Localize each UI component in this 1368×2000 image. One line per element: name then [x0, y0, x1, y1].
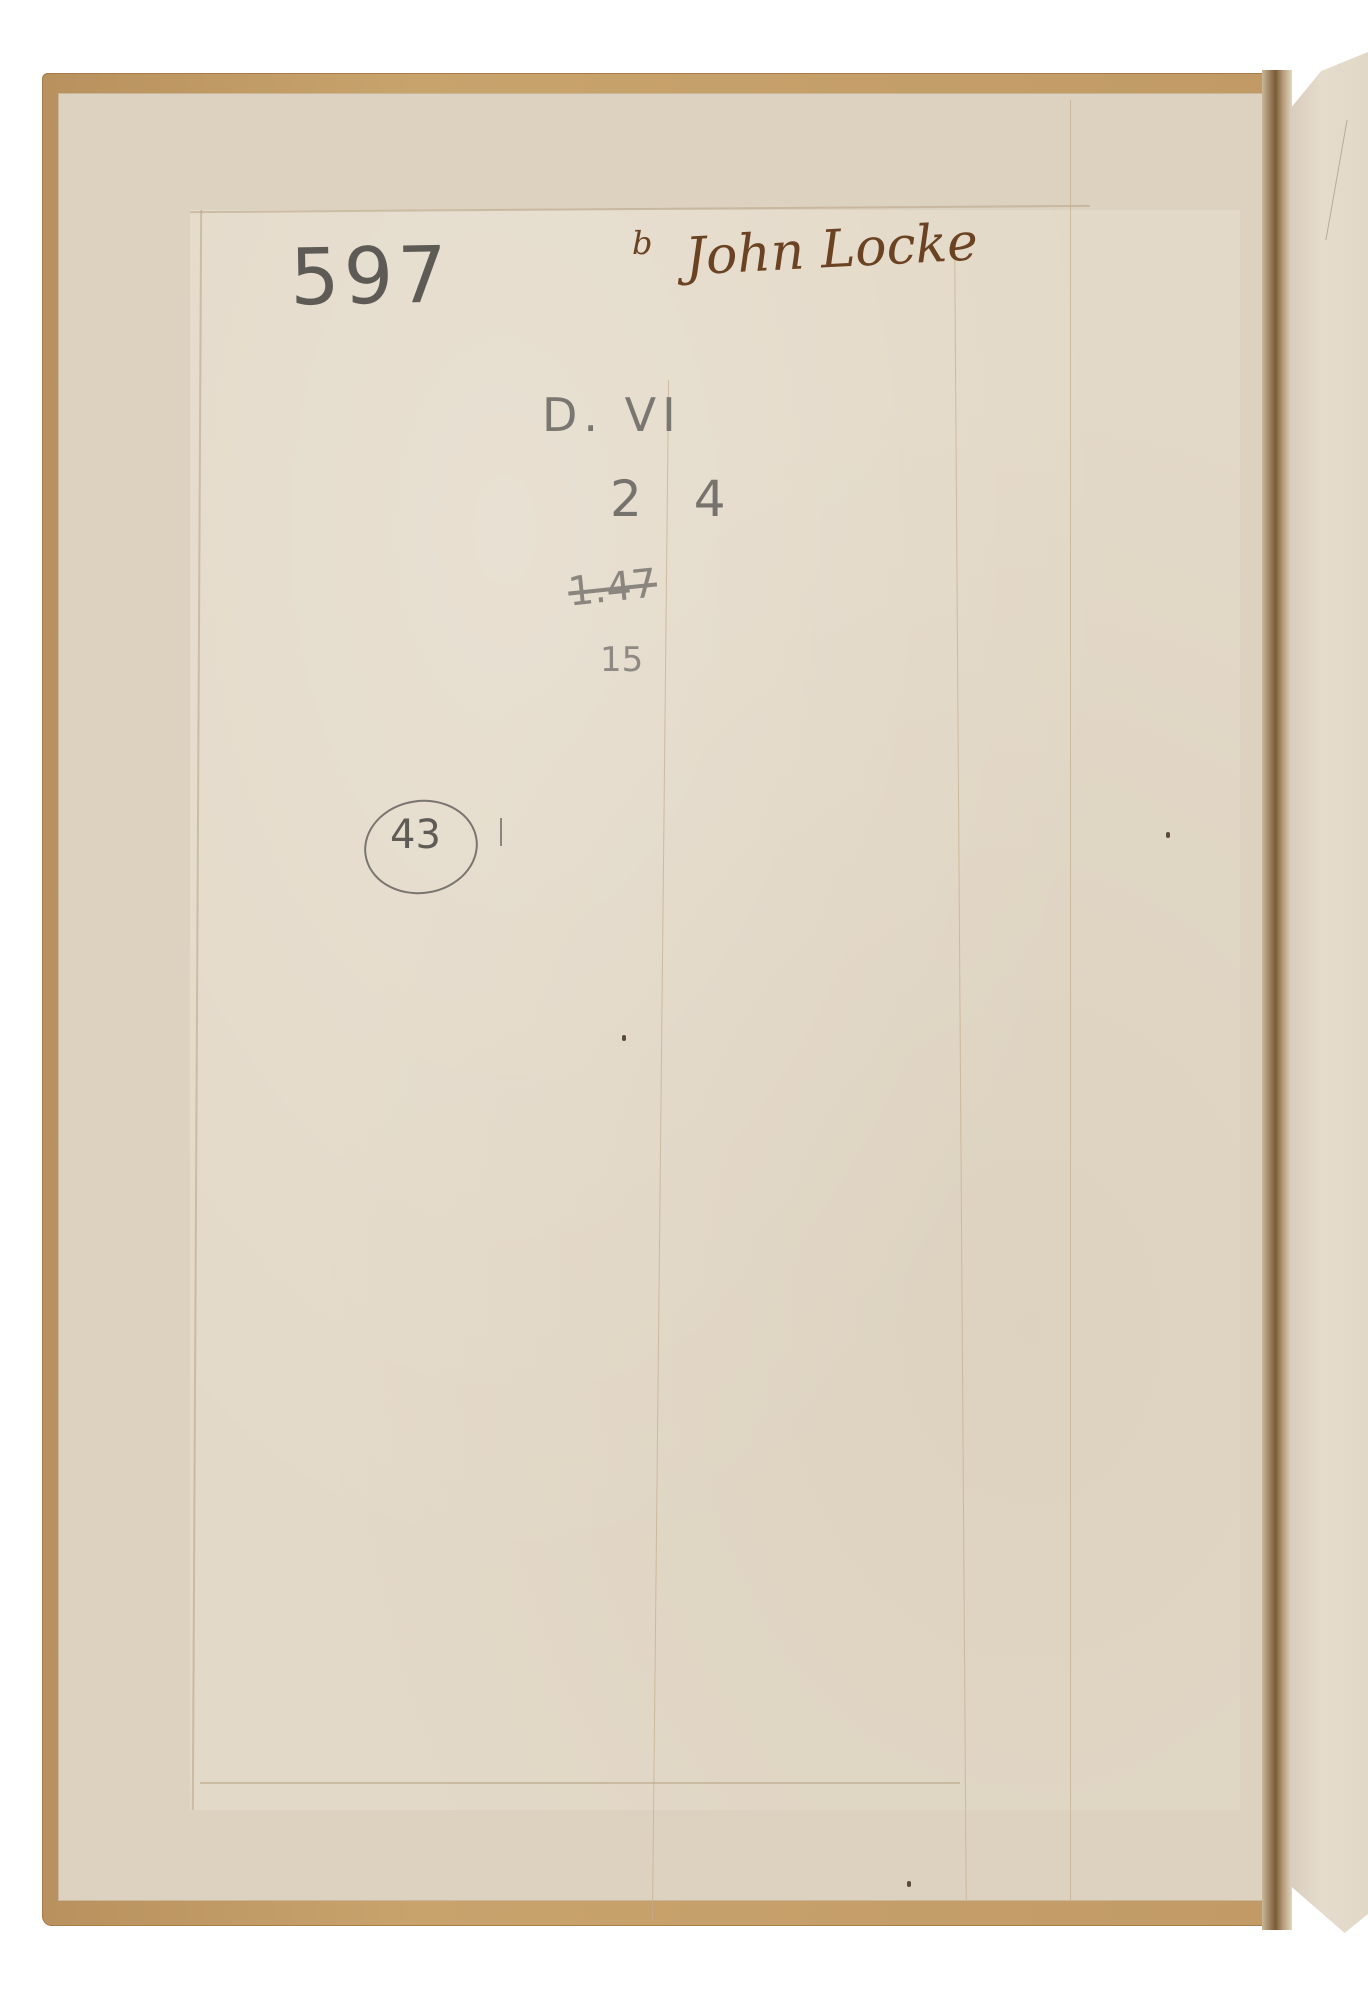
- struck-shelfmark-text: 1.47: [566, 560, 659, 615]
- paper-speck: [622, 1035, 626, 1041]
- pastedown-paper: [190, 210, 1240, 1810]
- shelfmark-line-2: 2 4: [610, 470, 744, 528]
- paper-crease: [1070, 100, 1071, 1900]
- pencil-number-597: 597: [289, 231, 451, 324]
- paper-speck: [1166, 832, 1170, 838]
- facing-page-edge: [1290, 52, 1368, 1952]
- shelfmark-line-3-struck: 1.47: [566, 560, 659, 615]
- shelfmark-line-4: 15: [600, 640, 643, 680]
- book-gutter: [1262, 70, 1292, 1930]
- shelfmark-line-1: D. VI: [542, 388, 682, 442]
- circled-number-43: 43: [390, 812, 441, 858]
- pencil-tick-mark: [500, 818, 502, 846]
- paper-speck: [907, 1881, 911, 1887]
- pastedown-bottom-edge: [200, 1782, 960, 1784]
- ink-prefix-mark: b: [632, 224, 652, 262]
